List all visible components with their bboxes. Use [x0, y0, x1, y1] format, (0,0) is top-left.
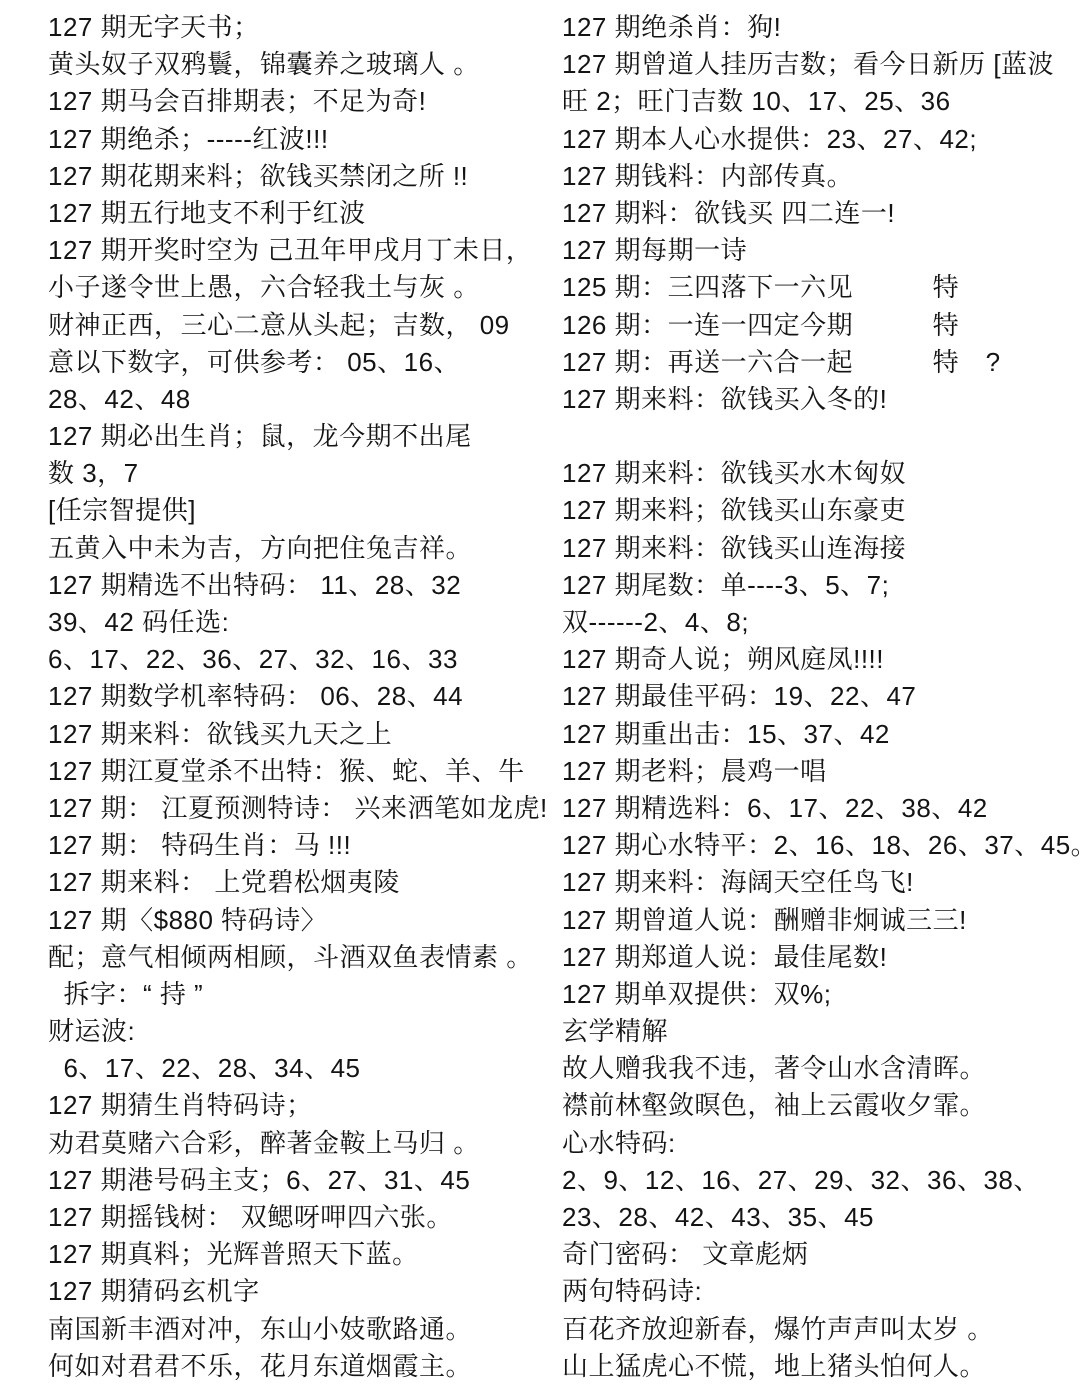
text-line: 127 期港号码主支；6、27、31、45: [48, 1162, 553, 1199]
text-line: 127 期郑道人说：最佳尾数!: [562, 939, 1072, 976]
text-line: 旺 2；旺门吉数 10、17、25、36: [562, 83, 1072, 120]
text-line: 百花齐放迎新春，爆竹声声叫太岁 。: [562, 1311, 1072, 1348]
text-line: 127 期精选料：6、17、22、38、42: [562, 790, 1072, 827]
text-line: 故人赠我我不违，著令山水含清晖。: [562, 1050, 1072, 1087]
text-line: 125 期：三四落下一六见 特: [562, 269, 1072, 306]
text-line: 127 期来料；欲钱买山东豪吏: [562, 492, 1072, 529]
text-line: 127 期必出生肖；鼠，龙今期不出尾: [48, 418, 553, 455]
text-line: 配；意气相倾两相顾，斗酒双鱼表情素 。: [48, 939, 553, 976]
text-line: [任宗智提供]: [48, 492, 553, 529]
text-line: 126 期：一连一四定今期 特: [562, 307, 1072, 344]
text-line: 127 期五行地支不利于红波: [48, 195, 553, 232]
text-line: 6、17、22、36、27、32、16、33: [48, 641, 553, 678]
text-line: 拆字：“ 持 ”: [48, 976, 553, 1013]
text-line: 山上猛虎心不慌，地上猪头怕何人。: [562, 1348, 1072, 1385]
text-line: 127 期尾数：单----3、5、7;: [562, 567, 1072, 604]
text-line: 财运波:: [48, 1013, 553, 1050]
text-line: 127 期最佳平码：19、22、47: [562, 678, 1072, 715]
text-line: 127 期重出击：15、37、42: [562, 716, 1072, 753]
document-page: 127 期无字天书；黄头奴子双鸦鬟，锦囊养之玻璃人 。127 期马会百排期表；不…: [0, 0, 1080, 1385]
text-line: 127 期花期来料；欲钱买禁闭之所 !!: [48, 158, 553, 195]
text-line: 127 期本人心水提供：23、27、42;: [562, 121, 1072, 158]
text-line: 玄学精解: [562, 1013, 1072, 1050]
text-line: 6、17、22、28、34、45: [48, 1050, 553, 1087]
text-line: 127 期〈$880 特码诗〉: [48, 902, 553, 939]
text-line: 23、28、42、43、35、45: [562, 1199, 1072, 1236]
text-line: 黄头奴子双鸦鬟，锦囊养之玻璃人 。: [48, 46, 553, 83]
text-line: 劝君莫赌六合彩，醉著金鞍上马归 。: [48, 1125, 553, 1162]
text-line: 127 期精选不出特码： 11、28、32: [48, 567, 553, 604]
text-line: 两句特码诗:: [562, 1273, 1072, 1310]
text-line: 心水特码:: [562, 1125, 1072, 1162]
text-line: 127 期钱料：内部传真。: [562, 158, 1072, 195]
text-line: 127 期料：欲钱买 四二连一!: [562, 195, 1072, 232]
text-line: 127 期猜生肖特码诗；: [48, 1087, 553, 1124]
text-line: 127 期来料：欲钱买山连海接: [562, 530, 1072, 567]
right-text-column: 127 期绝杀肖：狗!127 期曾道人挂历吉数；看今日新历 [蓝波旺 2；旺门吉…: [562, 9, 1072, 1385]
text-line: 2、9、12、16、27、29、32、36、38、: [562, 1162, 1072, 1199]
text-line: 127 期真料；光辉普照天下蓝。: [48, 1236, 553, 1273]
text-line: 127 期来料：欲钱买水木匈奴: [562, 455, 1072, 492]
text-line: 何如对君君不乐，花月东道烟霞主。: [48, 1348, 553, 1385]
text-line: 小子遂令世上愚，六合轻我土与灰 。: [48, 269, 553, 306]
text-line: 127 期马会百排期表；不足为奇!: [48, 83, 553, 120]
text-line: 意以下数字，可供参考： 05、16、: [48, 344, 553, 381]
text-line: 财神正西，三心二意从头起；吉数， 09: [48, 307, 553, 344]
text-line: 127 期来料：欲钱买入冬的!: [562, 381, 1072, 418]
text-line: 127 期老料；晨鸡一唱: [562, 753, 1072, 790]
text-line: 127 期曾道人挂历吉数；看今日新历 [蓝波: [562, 46, 1072, 83]
text-line: 五黄入中未为吉，方向把住兔吉祥。: [48, 530, 553, 567]
text-line: 127 期摇钱树： 双鳃呀呷四六张。: [48, 1199, 553, 1236]
text-line: 127 期猜码玄机字: [48, 1273, 553, 1310]
text-line: [562, 418, 1072, 455]
text-line: 127 期曾道人说：酬赠非炯诚三三!: [562, 902, 1072, 939]
text-line: 127 期绝杀肖：狗!: [562, 9, 1072, 46]
text-line: 127 期绝杀；-----红波!!!: [48, 121, 553, 158]
text-line: 数 3，7: [48, 455, 553, 492]
text-line: 127 期： 特码生肖：马 !!!: [48, 827, 553, 864]
text-line: 127 期： 江夏预测特诗： 兴来洒笔如龙虎!: [48, 790, 553, 827]
text-line: 127 期江夏堂杀不出特：猴、蛇、羊、牛: [48, 753, 553, 790]
left-text-column: 127 期无字天书；黄头奴子双鸦鬟，锦囊养之玻璃人 。127 期马会百排期表；不…: [48, 9, 553, 1385]
text-line: 127 期来料：海阔天空任鸟飞!: [562, 864, 1072, 901]
text-line: 襟前林壑敛暝色，袖上云霞收夕霏。: [562, 1087, 1072, 1124]
text-line: 39、42 码任选:: [48, 604, 553, 641]
text-line: 奇门密码： 文章彪炳: [562, 1236, 1072, 1273]
text-line: 127 期无字天书；: [48, 9, 553, 46]
text-line: 南国新丰酒对冲，东山小妓歌路通。: [48, 1311, 553, 1348]
text-line: 127 期：再送一六合一起 特 ?: [562, 344, 1072, 381]
text-line: 127 期每期一诗: [562, 232, 1072, 269]
text-line: 127 期开奖时空为 己丑年甲戌月丁未日，: [48, 232, 553, 269]
text-line: 127 期数学机率特码： 06、28、44: [48, 678, 553, 715]
text-line: 127 期来料：欲钱买九天之上: [48, 716, 553, 753]
text-line: 127 期单双提供：双%;: [562, 976, 1072, 1013]
text-line: 127 期心水特平：2、16、18、26、37、45。: [562, 827, 1072, 864]
text-line: 双------2、4、8;: [562, 604, 1072, 641]
text-line: 28、42、48: [48, 381, 553, 418]
text-line: 127 期来料： 上党碧松烟夷陵: [48, 864, 553, 901]
text-line: 127 期奇人说；朔风庭凤!!!!: [562, 641, 1072, 678]
